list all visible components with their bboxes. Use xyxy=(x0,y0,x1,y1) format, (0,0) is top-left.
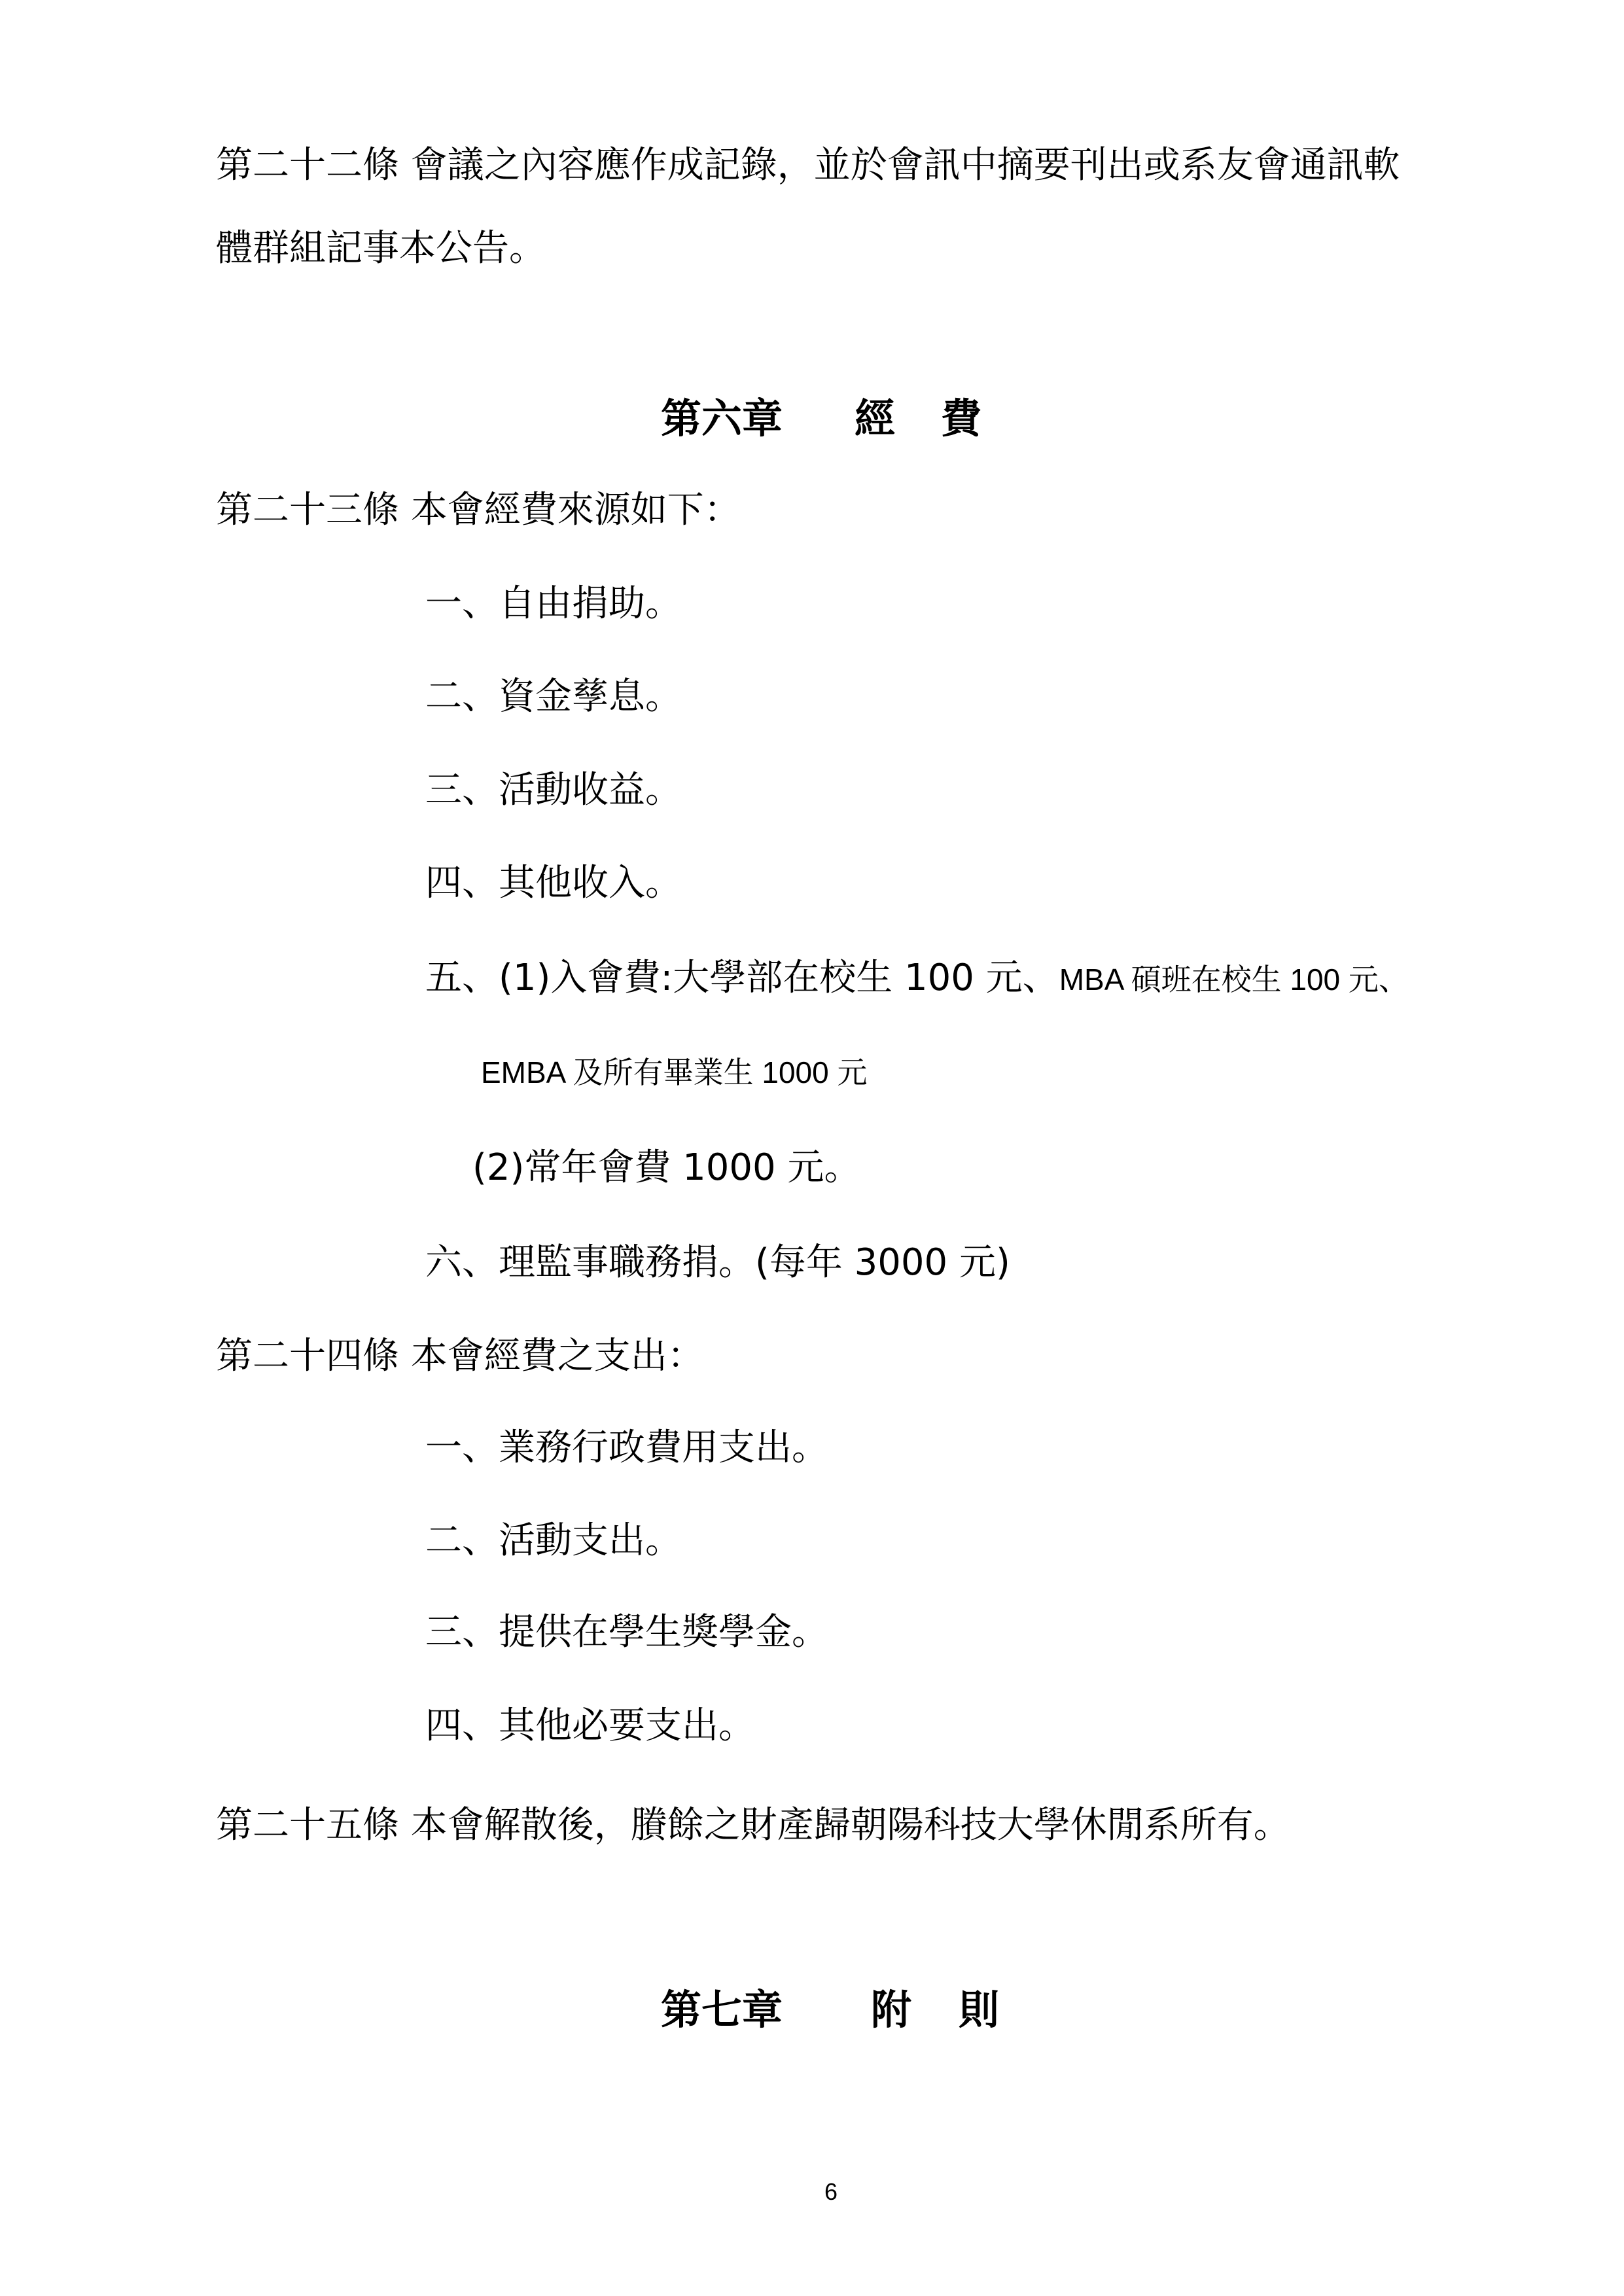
chapter-6-label: 第六章 xyxy=(661,395,783,442)
item-5-entry-fee-prefix: 五、(1)入會費:大學部在校生 100 元、 xyxy=(425,957,1059,999)
article-25-text: 第二十五條 本會解散後，賸餘之財產歸朝陽科技大學休閒系所有。 xyxy=(216,1803,1290,1848)
article-23-item-3: 三、活動收益。 xyxy=(425,768,682,813)
item-5-emba-fee: EMBA 及所有畢業生 1000 元 xyxy=(481,1055,868,1089)
article-24-item-1: 一、業務行政費用支出。 xyxy=(425,1425,828,1471)
article-23-item-2: 二、資金孳息。 xyxy=(425,674,682,720)
article-23-item-5-emba: EMBA 及所有畢業生 1000 元 xyxy=(481,1048,868,1095)
article-23-item-1: 一、自由捐助。 xyxy=(425,581,682,627)
chapter-7-heading: 第七章附則 xyxy=(661,1985,999,2035)
article-23-item-5: 五、(1)入會費:大學部在校生 100 元、MBA 碩班在校生 100 元、 xyxy=(425,955,1409,1002)
chapter-7-title-char-1: 附 xyxy=(871,1986,911,2034)
item-5-mba-fee: MBA 碩班在校生 100 元、 xyxy=(1059,963,1409,997)
article-23-heading: 第二十三條 本會經費來源如下： xyxy=(216,487,741,533)
article-23-item-6: 六、理監事職務捐。(每年 3000 元) xyxy=(425,1240,1010,1286)
page-number: 6 xyxy=(824,2179,838,2205)
article-24-heading: 第二十四條 本會經費之支出： xyxy=(216,1333,704,1379)
chapter-6-title-char-2: 費 xyxy=(941,395,981,442)
chapter-7-title-char-2: 則 xyxy=(959,1986,999,2034)
article-24-item-4: 四、其他必要支出。 xyxy=(425,1703,755,1749)
article-23-item-5-annual-fee: (2)常年會費 1000 元。 xyxy=(472,1145,860,1191)
article-23-item-4: 四、其他收入。 xyxy=(425,860,682,906)
article-24-item-3: 三、提供在學生獎學金。 xyxy=(425,1610,828,1655)
chapter-6-heading: 第六章經費 xyxy=(661,394,981,444)
chapter-7-label: 第七章 xyxy=(661,1986,783,2034)
article-22-line-2: 體群組記事本公告。 xyxy=(216,226,546,272)
article-24-item-2: 二、活動支出。 xyxy=(425,1518,682,1564)
chapter-6-title-char-1: 經 xyxy=(855,395,895,442)
article-22-line-1: 第二十二條 會議之內容應作成記錄，並於會訊中摘要刊出或系友會通訊軟 xyxy=(216,143,1400,188)
